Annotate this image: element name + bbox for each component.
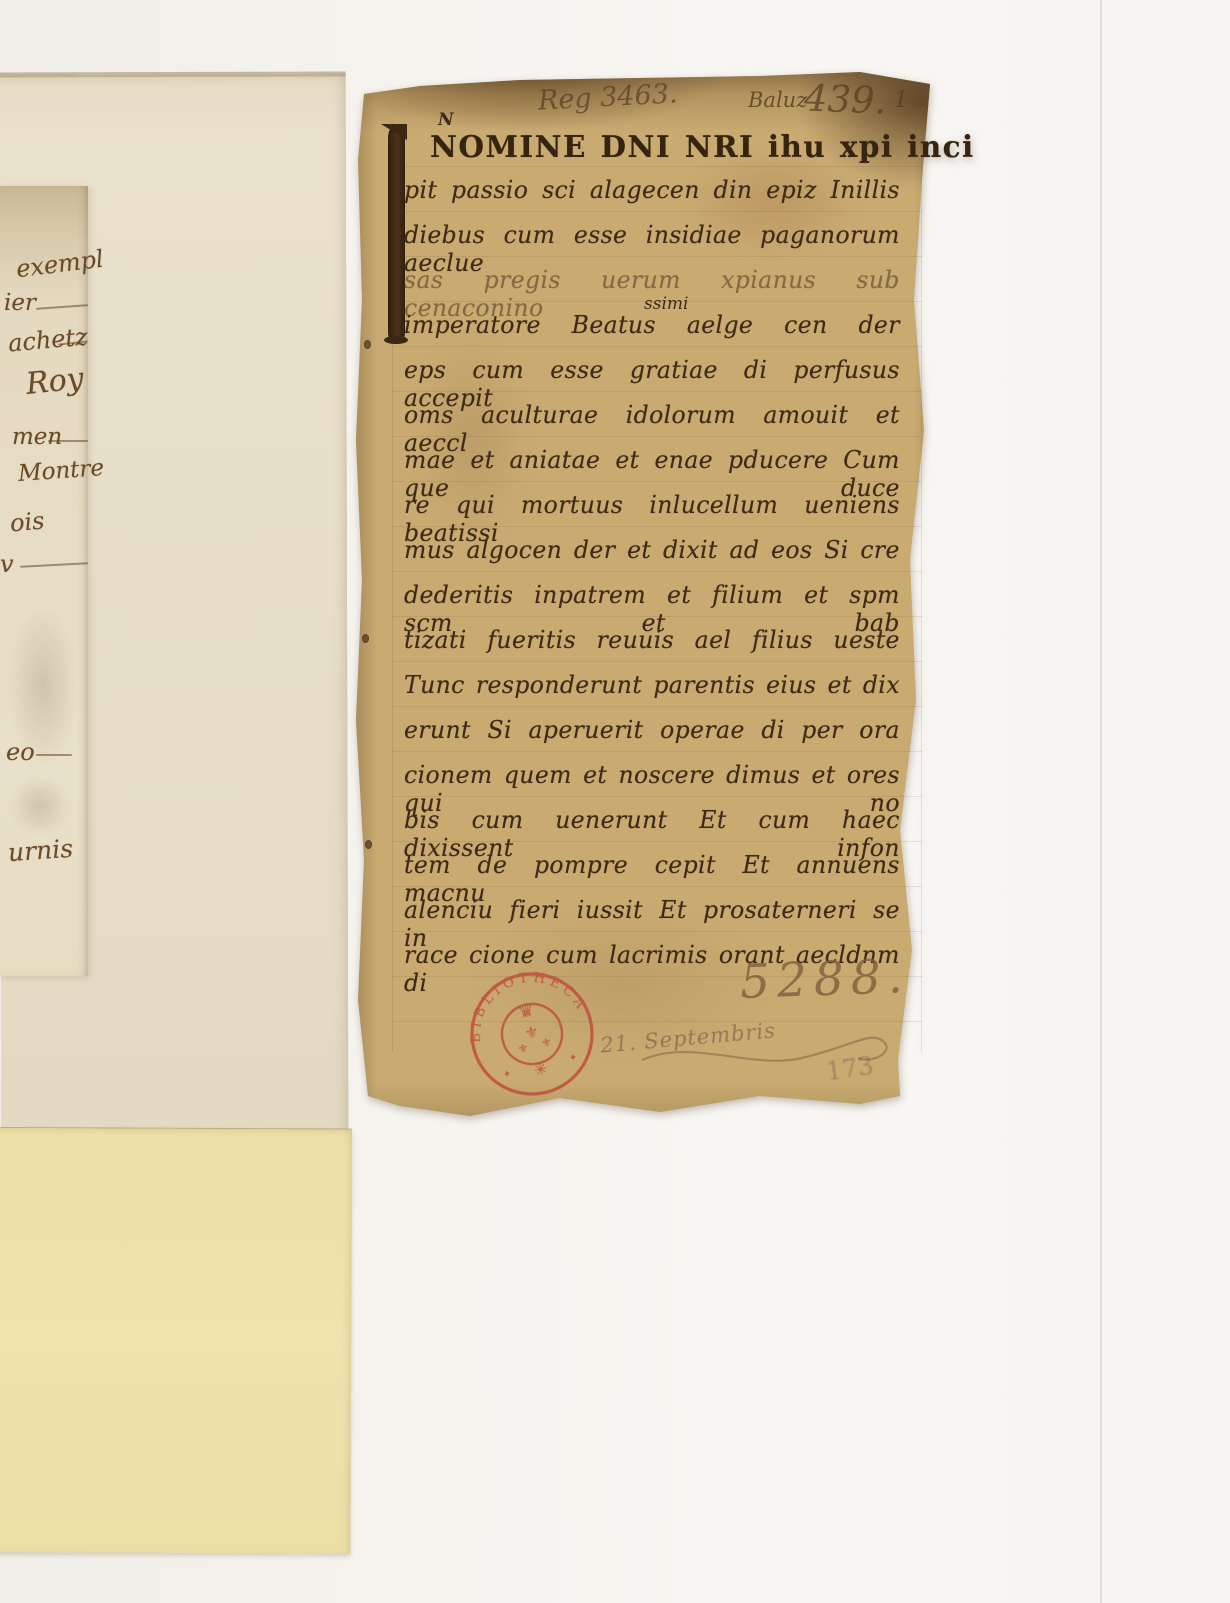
shelfmark-baluze-label: Baluz [748, 88, 807, 112]
sewing-hole [365, 840, 372, 849]
manuscript-line: eps cum esse gratiae di perfusus accepit [404, 356, 900, 396]
manuscript-line: alenciu fieri iussit Et prosaterneri se … [404, 896, 900, 936]
parchment-leaf: Reg 3463. Baluz 439. 1 N NOMINE DNI NRI … [352, 68, 944, 1134]
stamp-fleur-icon: ⚜ [540, 1035, 554, 1051]
fragment-dash [36, 754, 72, 756]
collection-number: 5288. [739, 949, 910, 1010]
initial-letter-i [388, 128, 405, 342]
manuscript-line: pit passio sci alagecen din epiz Inillis [404, 176, 900, 216]
sewing-hole [362, 634, 369, 643]
sewing-hole [364, 340, 371, 349]
fragment-word: ier [4, 290, 36, 316]
fragment-word: eo [6, 738, 35, 766]
manuscript-line: imperatore Beatus aelge cen der [404, 311, 900, 351]
manuscript-line: tizati fueritis reuuis ael filius ueste [404, 626, 900, 666]
shelfmark-baluze-number: 439. [803, 77, 887, 123]
showthrough-smudge [10, 776, 70, 836]
fragment-word: achetz [7, 323, 89, 358]
manuscript-line: cionem quem et noscere dimus et ores qui… [404, 761, 900, 801]
manuscript-line: mus algocen der et dixit ad eos Si cre [404, 536, 900, 576]
stamp-ornament-icon: ✦ [502, 1068, 513, 1081]
fragment-word: v [0, 550, 14, 578]
stamp-ornament-icon: ✦ [568, 1052, 579, 1065]
fragment-word: men [12, 424, 62, 450]
photograph-backdrop: exempl ier achetz Roy men Montre ois v e… [0, 0, 1230, 1603]
manuscript-line: diebus cum esse insidiae paganorum aeclu… [404, 221, 900, 261]
manuscript-line: NOMINE DNI NRI ihu xpi inci [430, 130, 902, 170]
fragment-dash [48, 440, 88, 442]
backdrop-seam [1100, 0, 1102, 1603]
stamp-crown-icon: ♛ [516, 999, 537, 1023]
fragment-word: ois [9, 507, 46, 538]
superscript-n: N [438, 110, 454, 130]
manuscript-line: tem de pompre cepit Et annuens macnu [404, 851, 900, 891]
stamp-ornament-icon: ✳ [532, 1059, 550, 1081]
fragment-word: urnis [7, 834, 74, 867]
yellow-paper-sheet [0, 1128, 352, 1554]
manuscript-line: erunt Si aperuerit operae di per ora [404, 716, 900, 756]
manuscript-line: oms aculturae idolorum amouit et aeccl [404, 401, 900, 441]
french-fragment-strip: exempl ier achetz Roy men Montre ois v e… [0, 186, 88, 976]
manuscript-line: re qui mortuus inlucellum ueniens beatis… [404, 491, 900, 531]
manuscript-line: dederitis inpatrem et filium et spm scm … [404, 581, 900, 621]
folio-number: 1 [894, 88, 908, 113]
fragment-word: Roy [24, 361, 85, 402]
manuscript-line: bis cum uenerunt Et cum haec dixissent i… [404, 806, 900, 846]
fragment-dash [20, 562, 88, 568]
manuscript-line: mae et aniatae et enae pducere Cum que d… [404, 446, 900, 486]
manuscript-line: Tunc responderunt parentis eius et dix [404, 671, 900, 711]
fragment-dash [36, 304, 88, 310]
